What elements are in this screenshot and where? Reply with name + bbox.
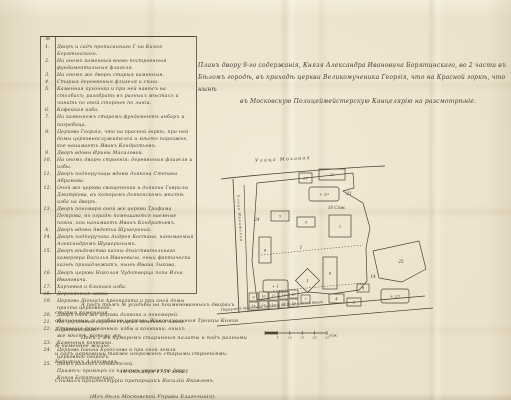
- building-number: 5: [279, 214, 282, 219]
- plot-number: 14: [370, 274, 376, 279]
- legend-item-text: Каменная кухонька и при ней навѣсъ на ст…: [54, 86, 194, 107]
- surveyor-signature: Снималъ архитектуріи прапорщикъ Василій …: [55, 377, 251, 385]
- building-number: 4: [334, 296, 338, 301]
- legend-item-text: На ономъ каменныя вновь построенныя фунд…: [54, 58, 194, 72]
- legend-item-number: 12.: [41, 185, 54, 206]
- scale-tick-label: 10: [288, 336, 292, 340]
- legend-item-text: Дворъ и садъ прописаннаго Г-на Князя Бор…: [54, 44, 194, 58]
- shop-stall-number: 19: [291, 302, 295, 306]
- closing-block: А подъ тѣмъ № усадьбы на поименованныхъ …: [55, 301, 251, 400]
- legend-item-text: На каменномъ старомъ фундаментѣ анбаръ и…: [54, 114, 194, 128]
- inner-division-dashed-line: [261, 245, 363, 255]
- legend-item-text: На ономъ дворѣ строенія: деревянныя флиг…: [54, 157, 194, 171]
- building-number: 8: [362, 286, 365, 291]
- legend-item: 15.Дворъ вѣдомства казны дѣйствительнаго…: [41, 248, 194, 269]
- plan-title: Планъ двору 9-го содержанія, Князя Алекс…: [198, 60, 508, 108]
- legend-item-number: 9.: [41, 150, 54, 157]
- legend-item-text: Старыя деревянныя флигеля и сѣни.: [54, 79, 194, 86]
- shop-stall-number: 10: [261, 295, 265, 299]
- legend-item-text: Церковь Георгія, что на красной горкѣ, п…: [54, 129, 194, 150]
- plan-title-line: въ Московскую Полицеймейстерскую Канцеля…: [198, 96, 508, 108]
- legend-item-number: 24.: [41, 347, 54, 361]
- legend-item-number: 1.: [41, 44, 54, 58]
- legend-item-text: Дворъ пономаря оной же церкви Трофима Пе…: [54, 206, 194, 227]
- legend-item-number: 18.: [41, 291, 54, 298]
- scale-bar: 510152025 Саж.: [265, 331, 338, 340]
- legend-item: 8.Церковь Георгія, что на красной горкѣ,…: [41, 129, 194, 150]
- legend-item-number: 13.: [41, 206, 54, 227]
- plot-number: 16 Саж.: [328, 205, 346, 210]
- legend-item: 13.Дворъ пономаря оной же церкви Трофима…: [41, 206, 194, 227]
- plot-number: 25: [397, 259, 404, 264]
- legend-item-number: 10.: [41, 157, 54, 171]
- legend-item-text: Кофейная изба.: [54, 107, 194, 114]
- building-number: 22: [328, 172, 335, 177]
- legend-item-text: Дворъ подпоручицы вдовы дьякона Степана …: [54, 171, 194, 185]
- estate-boundary: [252, 173, 370, 300]
- closing-line: Подъ 2-мъ нумеромъ старинныя палаты и по…: [55, 334, 251, 350]
- archive-source-note: (Изъ дѣлъ Московской Управы Благочинія).: [55, 393, 251, 400]
- top-street-label: Улица Моховая: [255, 155, 311, 164]
- legend-item: 16.Дворъ церкви Николая Чудотворца попа …: [41, 270, 194, 284]
- legend-item-number: 17.: [41, 284, 54, 291]
- plan-buildings: 2220+ 202116 Саж.53261246143+ 114825+ 23: [253, 169, 409, 306]
- legend-item-text: Дворъ подпоручика Андрея Костина, нанима…: [54, 234, 194, 248]
- legend-item: 3.На ономъ же дворѣ старыя каменныя.: [41, 72, 194, 79]
- plot-number: 21: [345, 191, 351, 196]
- closing-line: А подъ тѣмъ № усадьбы на поименованныхъ …: [55, 301, 251, 317]
- legend-item-number: 7.: [41, 114, 54, 128]
- shop-stall-number: 13: [291, 293, 295, 297]
- scale-tick-label: 15: [300, 336, 304, 340]
- legend-item-text: Оной же церкви священника и дьякона Гавр…: [54, 185, 194, 206]
- plot-number: 1: [300, 245, 303, 250]
- legend-item-number: 25.: [41, 361, 54, 368]
- legend-item-number: А.: [41, 227, 54, 234]
- building-number: + 23: [390, 294, 400, 299]
- legend-item: 6.Кофейная изба.: [41, 107, 194, 114]
- scale-unit-label: Саж.: [329, 334, 338, 338]
- document-date: 18 Октября 1754 года.: [55, 368, 251, 376]
- legend-item-number: 5.: [41, 86, 54, 107]
- shop-stall-number: 9: [252, 296, 254, 300]
- legend-item: А.Дворъ вдовы Авдотьи Шушериной.: [41, 227, 194, 234]
- legend-item: 2.На ономъ каменныя вновь построенныя фу…: [41, 58, 194, 72]
- building-number: 1: [306, 278, 309, 283]
- legend-item: 18.Деревянныя лавки.: [41, 291, 194, 298]
- legend-item-number: 16.: [41, 270, 54, 284]
- left-street-inner-line: [244, 185, 248, 311]
- legend-item-text: На ономъ же дворѣ старыя каменныя.: [54, 72, 194, 79]
- legend-item-text: Дворъ церкви Николая Чудотворца попа Иль…: [54, 270, 194, 284]
- legend-item: 7.На каменномъ старомъ фундаментѣ анбаръ…: [41, 114, 194, 128]
- building-number: + 20: [319, 192, 329, 197]
- closing-line: и садъ церковный также огороженъ старыми…: [55, 350, 251, 366]
- legend-item: 1.Дворъ и садъ прописаннаго Г-на Князя Б…: [41, 44, 194, 58]
- building-number: 6: [329, 271, 332, 276]
- legend-item-number: 21.: [41, 319, 54, 326]
- legend-item-number: 15.: [41, 248, 54, 269]
- legend-item-number: 2.: [41, 58, 54, 72]
- legend-item-text: Деревянныя лавки.: [54, 291, 194, 298]
- legend-item-number: 14.: [41, 234, 54, 248]
- scale-tick-label: 5: [276, 336, 278, 340]
- legend-item-number: 20.: [41, 312, 54, 319]
- left-street-label: Улица Никитская: [236, 195, 243, 242]
- legend-item-number: 3.: [41, 72, 54, 79]
- legend-item-number: 11.: [41, 171, 54, 185]
- legend-item-number: 19.: [41, 298, 54, 312]
- shop-stall-number: 12: [281, 294, 285, 298]
- building-number: 6: [264, 248, 267, 253]
- legend-item-number: 6.: [41, 107, 54, 114]
- legend-item: 4.Старыя деревянныя флигеля и сѣни.: [41, 79, 194, 86]
- legend-item-number: 4.: [41, 79, 54, 86]
- legend-item-number: 22.: [41, 326, 54, 340]
- closing-line: обозначены, и особливо церковь Живоначал…: [55, 317, 251, 333]
- building-number: 3: [305, 220, 308, 225]
- legend-item: 14.Дворъ подпоручика Андрея Костина, нан…: [41, 234, 194, 248]
- legend-item: 12.Оной же церкви священника и дьякона Г…: [41, 185, 194, 206]
- shop-stall-number: 18: [281, 303, 285, 307]
- legend-item: 5.Каменная кухонька и при ней навѣсъ на …: [41, 86, 194, 107]
- legend-number-column-header: №: [41, 36, 55, 42]
- archival-plan-document: № 1.Дворъ и садъ прописаннаго Г-на Князя…: [0, 0, 511, 400]
- shop-stall-number: 15: [251, 305, 255, 309]
- legend-item-number: 8.: [41, 129, 54, 150]
- plot-number: 24: [253, 217, 260, 222]
- building-number: 20: [302, 176, 309, 181]
- legend-item-text: Дворъ вдовы Ирины Масаловой.: [54, 150, 194, 157]
- shop-stall-number: 11: [271, 295, 275, 299]
- legend-item: 11.Дворъ подпоручицы вдовы дьякона Степа…: [41, 171, 194, 185]
- legend-item-text: Харчевня и блинная изба.: [54, 284, 194, 291]
- legend-item-number: 23.: [41, 340, 54, 347]
- legend-item: 17.Харчевня и блинная изба.: [41, 284, 194, 291]
- legend-item: 10.На ономъ дворѣ строенія: деревянныя ф…: [41, 157, 194, 171]
- scale-tick-label: 20: [312, 336, 317, 340]
- legend-frame: № 1.Дворъ и садъ прописаннаго Г-на Князя…: [40, 36, 197, 294]
- scale-bar-filled-segment: [265, 332, 277, 335]
- plan-title-line: Планъ двору 9-го содержанія, Князя Алекс…: [198, 60, 508, 72]
- inner-division-dashed-line: [273, 283, 363, 291]
- building-number: 3: [353, 300, 356, 305]
- building-number: + 1: [272, 284, 279, 289]
- legend-item-text: Дворъ вдовы Авдотьи Шушериной.: [54, 227, 194, 234]
- shop-stall-number: 16: [261, 304, 265, 308]
- plan-title-line: Бѣломъ городѣ, въ приходѣ церкви Великом…: [198, 72, 508, 96]
- legend-item: 9.Дворъ вдовы Ирины Масаловой.: [41, 150, 194, 157]
- building-number: 2: [338, 224, 342, 229]
- legend-item-number: [41, 368, 54, 382]
- legend-item-text: Дворъ вѣдомства казны дѣйствительнаго ка…: [54, 248, 194, 269]
